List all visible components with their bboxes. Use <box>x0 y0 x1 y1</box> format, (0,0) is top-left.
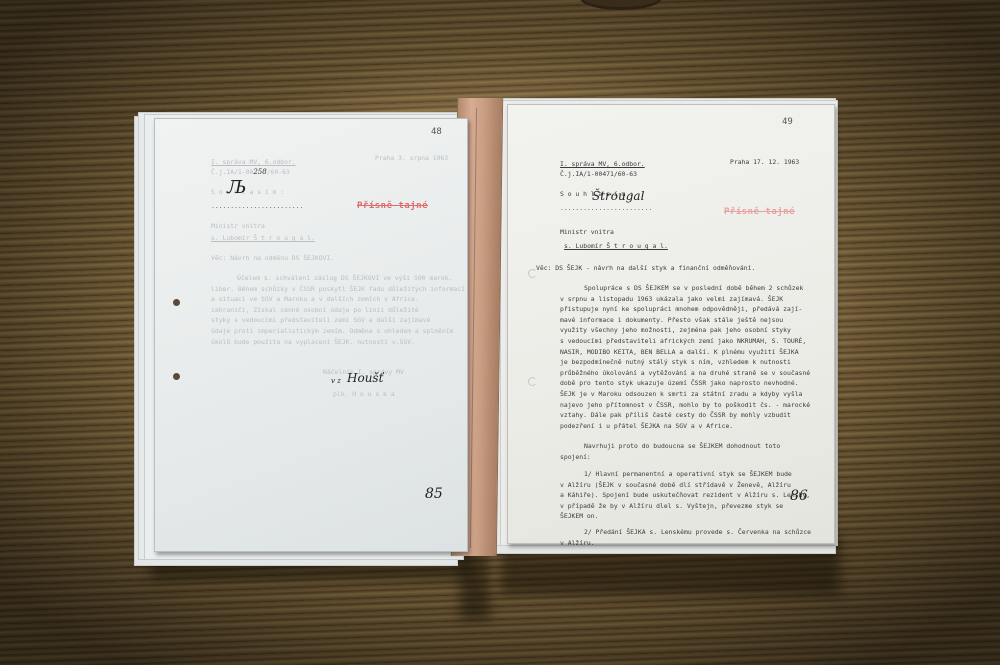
paragraph-3: 1/ Hlavní permanentní a operativní styk … <box>560 469 810 522</box>
place-date: Praha 17. 12. 1963 <box>730 157 799 168</box>
left-document: 48 I. správa MV, 6.odbor. Č.j.IA/1-00258… <box>154 118 468 552</box>
signature: Љ <box>227 183 247 194</box>
folio-number: 85 <box>425 489 443 500</box>
punch-hole <box>173 373 180 380</box>
right-document: 49 I. správa MV, 6.odbor. Č.j.IA/1-00471… <box>507 104 835 544</box>
reference: Č.j.IA/1-00471/60-63 <box>560 169 637 180</box>
spine-shadow <box>460 550 490 620</box>
header-dept: I. správa MV, 6.odbor. <box>211 157 296 168</box>
addressee-title: Ministr vnitra <box>211 221 265 232</box>
addressee-name: s. Lubomír Š t r o u g a l. <box>564 241 668 252</box>
header-dept: I. správa MV, 6.odbor. <box>560 159 645 170</box>
page-number: 48 <box>431 127 442 138</box>
signoff-prefix: v z <box>331 376 341 387</box>
paragraph-1: Spolupráce s DS ŠEJKEM se v poslední dob… <box>560 283 810 431</box>
folio-number: 86 <box>790 491 808 502</box>
approval-label: S o u h l a s í m : <box>211 187 284 198</box>
body-text: Účelem s. schválení záslug DS ŠEJKOVI ve… <box>211 273 465 347</box>
punch-hole <box>528 377 537 386</box>
paragraph-4: 2/ Předání ŠEJKA s. Lenskému provede s. … <box>560 527 811 548</box>
addressee-name: s. Lubomír Š t r o u g a l. <box>211 233 315 244</box>
classification-stamp: Přísně tajné <box>357 201 428 212</box>
classification-stamp: Přísně tajné <box>724 207 795 218</box>
signoff-signature: Houšť <box>347 373 383 384</box>
lamp-base <box>580 0 662 10</box>
subject: Věc: Návrh na odměnu DS ŠEJKOVI. <box>211 253 334 264</box>
place-date: Praha 3. srpna 1963 <box>375 153 448 164</box>
signoff-name: plk. H o u s k a <box>333 389 395 400</box>
addressee-title: Ministr vnitra <box>560 227 614 238</box>
page-number: 49 <box>782 117 793 128</box>
subject: Věc: DS ŠEJK - návrh na další styk a fin… <box>536 263 755 274</box>
signature-line: ........................ <box>211 201 303 212</box>
paragraph-2: Navrhuji proto do budoucna se ŠEJKEM doh… <box>560 441 780 462</box>
signature-line: ........................ <box>560 203 652 214</box>
reference: Č.j.IA/1-00258/60-63 <box>211 167 290 178</box>
signature: Štrougal <box>592 191 644 202</box>
punch-hole <box>173 299 180 306</box>
punch-hole <box>528 269 537 278</box>
